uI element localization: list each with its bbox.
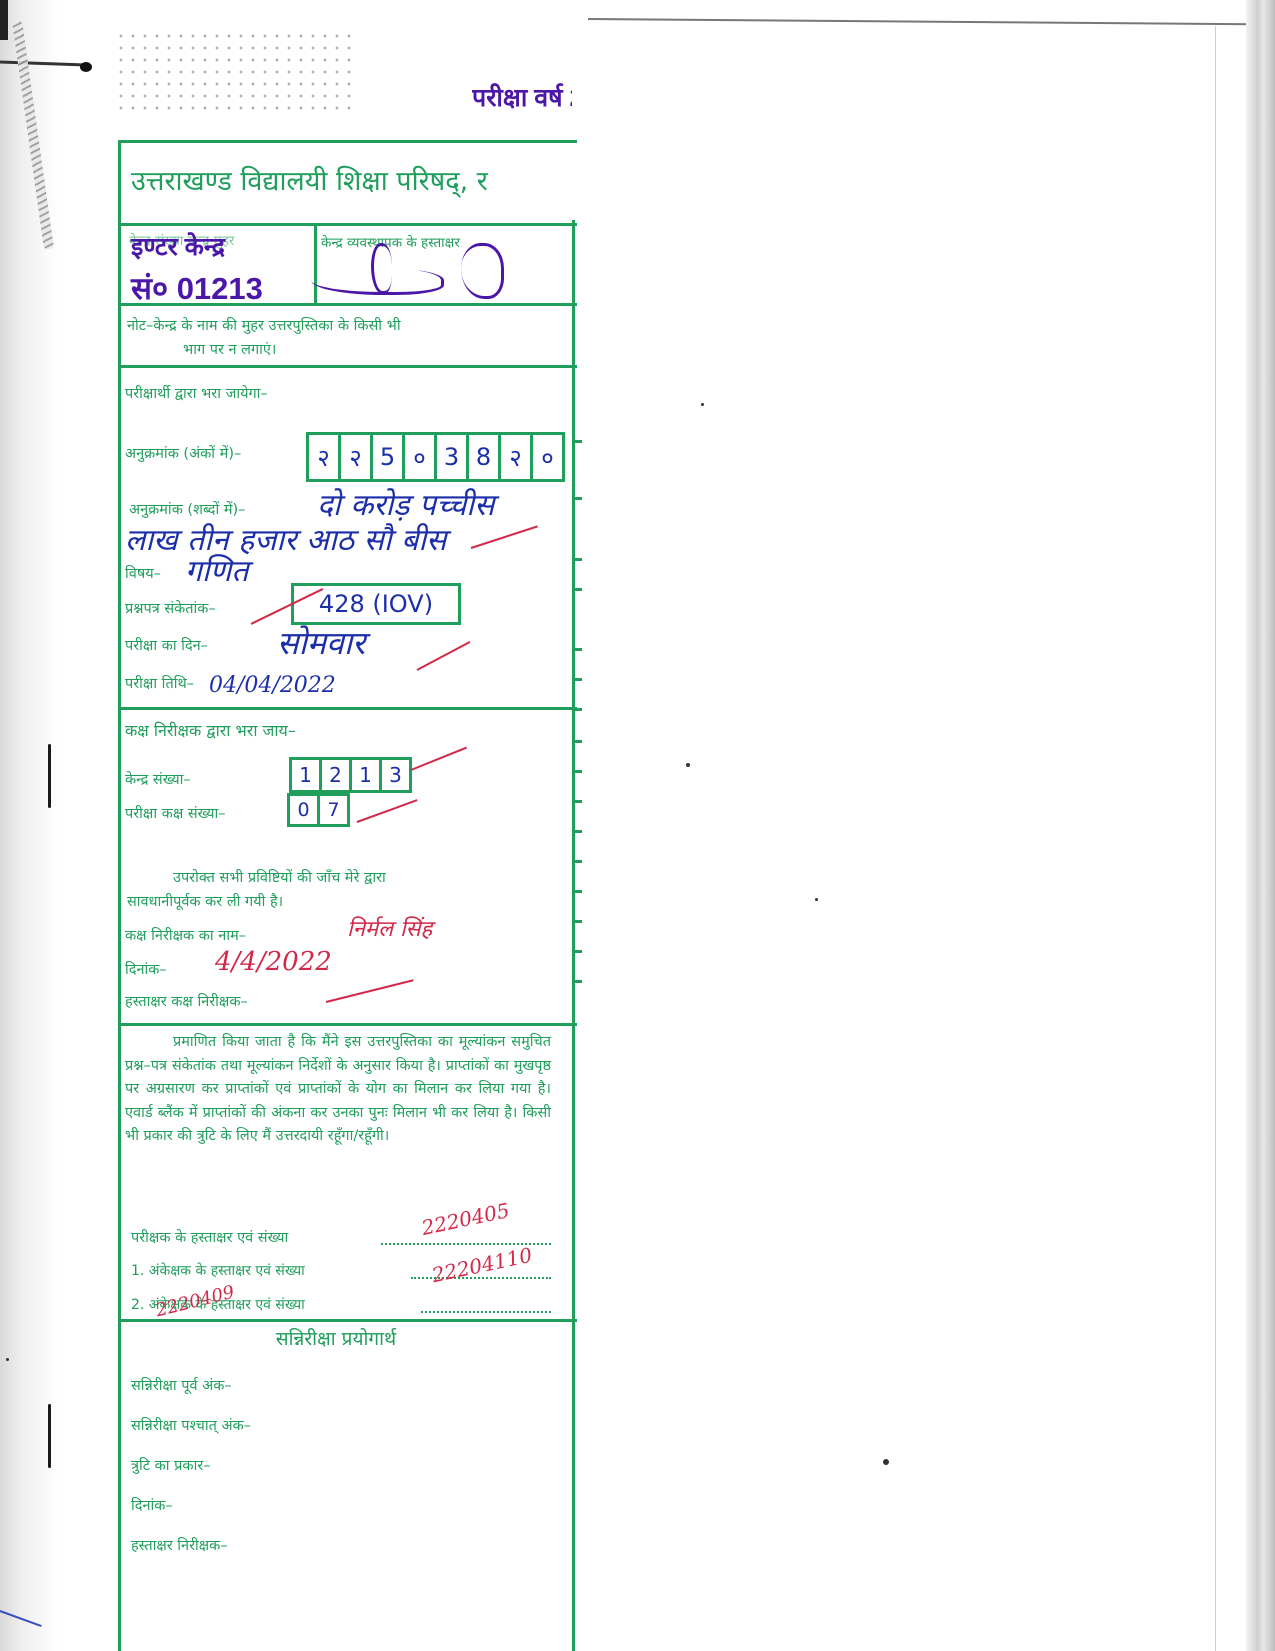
manager-sign-label: केन्द्र व्यवस्थापक के हस्ताक्षर bbox=[321, 233, 460, 251]
subject-value: गणित bbox=[185, 549, 248, 590]
room-number-boxes: 0 7 bbox=[287, 793, 350, 827]
room-digit: 7 bbox=[320, 796, 347, 824]
binding-knot bbox=[80, 62, 92, 72]
invigilator-section-heading: कक्ष निरीक्षक द्वारा भरा जाय– bbox=[125, 719, 296, 741]
center-number-boxes: 1 2 1 3 bbox=[289, 757, 412, 793]
scrutiny-field: दिनांक– bbox=[131, 1495, 173, 1515]
board-title: उत्तराखण्ड विद्यालयी शिक्षा परिषद्, र bbox=[131, 161, 488, 198]
exam-day-label: परीक्षा का दिन– bbox=[125, 635, 208, 655]
exam-year-label: परीक्षा वर्ष 2 bbox=[472, 80, 572, 114]
center-stamp-line1: इण्टर केन्द्र bbox=[131, 229, 225, 263]
divider bbox=[121, 1023, 577, 1026]
roll-digit: २ bbox=[501, 435, 533, 479]
roll-digit: 8 bbox=[469, 435, 501, 479]
scan-speck bbox=[883, 1459, 889, 1465]
check-mark bbox=[357, 799, 418, 823]
invigilator-name-value: निर्मल सिंह bbox=[347, 913, 432, 943]
right-page-top-edge bbox=[588, 18, 1268, 25]
border-tick bbox=[572, 588, 582, 591]
scrutiny-title: सन्निरीक्षा प्रयोगार्थ bbox=[121, 1325, 551, 1351]
roll-words-label: अनुक्रमांक (शब्दों में)– bbox=[129, 499, 245, 519]
border-tick bbox=[572, 497, 582, 500]
center-digit: 3 bbox=[382, 760, 409, 790]
scan-speck bbox=[815, 898, 818, 901]
border-tick bbox=[572, 770, 582, 773]
border-tick bbox=[572, 648, 582, 651]
border-tick bbox=[572, 920, 582, 923]
border-tick bbox=[572, 440, 582, 443]
divider bbox=[314, 223, 317, 303]
roll-number-boxes: २ २ 5 ० 3 8 २ ० bbox=[306, 432, 565, 482]
certification-text: प्रमाणित किया जाता है कि मैंने इस उत्तरप… bbox=[125, 1031, 551, 1149]
roll-digit: 5 bbox=[373, 435, 405, 479]
roll-digits-label: अनुक्रमांक (अंकों में)– bbox=[125, 443, 241, 463]
divider bbox=[121, 303, 577, 306]
roll-digit: २ bbox=[309, 435, 341, 479]
room-digit: 0 bbox=[290, 796, 320, 824]
roll-words-line2: लाख तीन हजार आठ सौ बीस bbox=[125, 518, 446, 559]
border-tick bbox=[572, 800, 582, 803]
scan-edge bbox=[0, 0, 8, 40]
declaration-line2: सावधानीपूर्वक कर ली गयी है। bbox=[127, 891, 283, 911]
check-mark bbox=[417, 641, 471, 671]
border-tick bbox=[572, 708, 582, 711]
invigilator-signature-label: हस्ताक्षर कक्ष निरीक्षक– bbox=[125, 991, 248, 1011]
center-digit: 1 bbox=[352, 760, 382, 790]
examiner-number: 2220405 bbox=[419, 1198, 511, 1240]
roll-digit: २ bbox=[341, 435, 373, 479]
scrutiny-field: सन्निरीक्षा पश्चात् अंक– bbox=[131, 1415, 251, 1435]
border-tick bbox=[572, 890, 582, 893]
border-tick bbox=[572, 950, 582, 953]
invigilator-name-label: कक्ष निरीक्षक का नाम– bbox=[125, 925, 246, 945]
paper-code-box: 428 (IOV) bbox=[291, 583, 461, 625]
note-line2: भाग पर न लगाएं। bbox=[183, 339, 276, 359]
border-tick bbox=[572, 740, 582, 743]
scrutiny-field: हस्ताक्षर निरीक्षक– bbox=[131, 1535, 228, 1555]
auditor1-label: 1. अंकेक्षक के हस्ताक्षर एवं संख्या bbox=[131, 1261, 305, 1280]
invigilator-signature bbox=[326, 979, 414, 1003]
roll-digit: ० bbox=[533, 435, 562, 479]
divider bbox=[121, 1319, 577, 1322]
border-tick bbox=[572, 830, 582, 833]
auditor2-sign-line bbox=[421, 1311, 551, 1313]
subject-label: विषय– bbox=[125, 563, 161, 583]
manager-signature bbox=[461, 243, 504, 299]
scrutiny-field: सन्निरीक्षा पूर्व अंक– bbox=[131, 1375, 232, 1395]
border-tick bbox=[572, 980, 582, 983]
center-digit: 2 bbox=[322, 760, 352, 790]
auditor1-number: 22204110 bbox=[430, 1243, 535, 1288]
border-tick bbox=[572, 860, 582, 863]
manager-signature bbox=[371, 243, 392, 294]
scan-speck bbox=[686, 763, 690, 767]
declaration-line1: उपरोक्त सभी प्रविष्टियों की जाँच मेरे द्… bbox=[173, 867, 386, 887]
staple-icon bbox=[48, 744, 51, 808]
staple-icon bbox=[48, 1404, 51, 1468]
center-number-label: केन्द्र संख्या– bbox=[125, 769, 191, 789]
invigilator-date-label: दिनांक– bbox=[125, 959, 167, 979]
check-mark bbox=[411, 747, 467, 771]
scan-speck bbox=[6, 1358, 9, 1361]
border-tick bbox=[572, 558, 582, 561]
auditor2-number: 2220409 bbox=[154, 1282, 237, 1322]
invigilator-date-value: 4/4/2022 bbox=[215, 947, 332, 977]
roll-digit: ० bbox=[405, 435, 437, 479]
page-stack-edge bbox=[1246, 0, 1275, 1651]
center-digit: 1 bbox=[292, 760, 322, 790]
braille-dots bbox=[115, 30, 355, 110]
exam-day-value: सोमवार bbox=[277, 621, 365, 664]
candidate-section-heading: परीक्षार्थी द्वारा भरा जायेगा– bbox=[125, 383, 268, 403]
form-right-border bbox=[572, 220, 575, 1651]
border-tick bbox=[572, 678, 582, 681]
paper-code-label: प्रश्नपत्र संकेतांक– bbox=[125, 598, 216, 618]
exam-date-value: 04/04/2022 bbox=[209, 673, 336, 698]
exam-date-label: परीक्षा तिथि– bbox=[125, 673, 194, 693]
answer-sheet-cover-form: उत्तराखण्ड विद्यालयी शिक्षा परिषद्, र के… bbox=[118, 140, 577, 1651]
divider bbox=[121, 365, 577, 368]
examiner-sign-label: परीक्षक के हस्ताक्षर एवं संख्या bbox=[131, 1227, 288, 1247]
roll-digit: 3 bbox=[437, 435, 469, 479]
scrutiny-field: त्रुटि का प्रकार– bbox=[131, 1455, 211, 1475]
right-page-edge bbox=[1215, 26, 1216, 1651]
room-number-label: परीक्षा कक्ष संख्या– bbox=[125, 803, 226, 823]
scan-speck bbox=[701, 403, 704, 406]
divider bbox=[121, 707, 577, 710]
divider bbox=[121, 223, 577, 226]
note-line1: नोट–केन्द्र के नाम की मुहर उत्तरपुस्तिका… bbox=[127, 315, 401, 335]
check-mark bbox=[471, 525, 538, 549]
